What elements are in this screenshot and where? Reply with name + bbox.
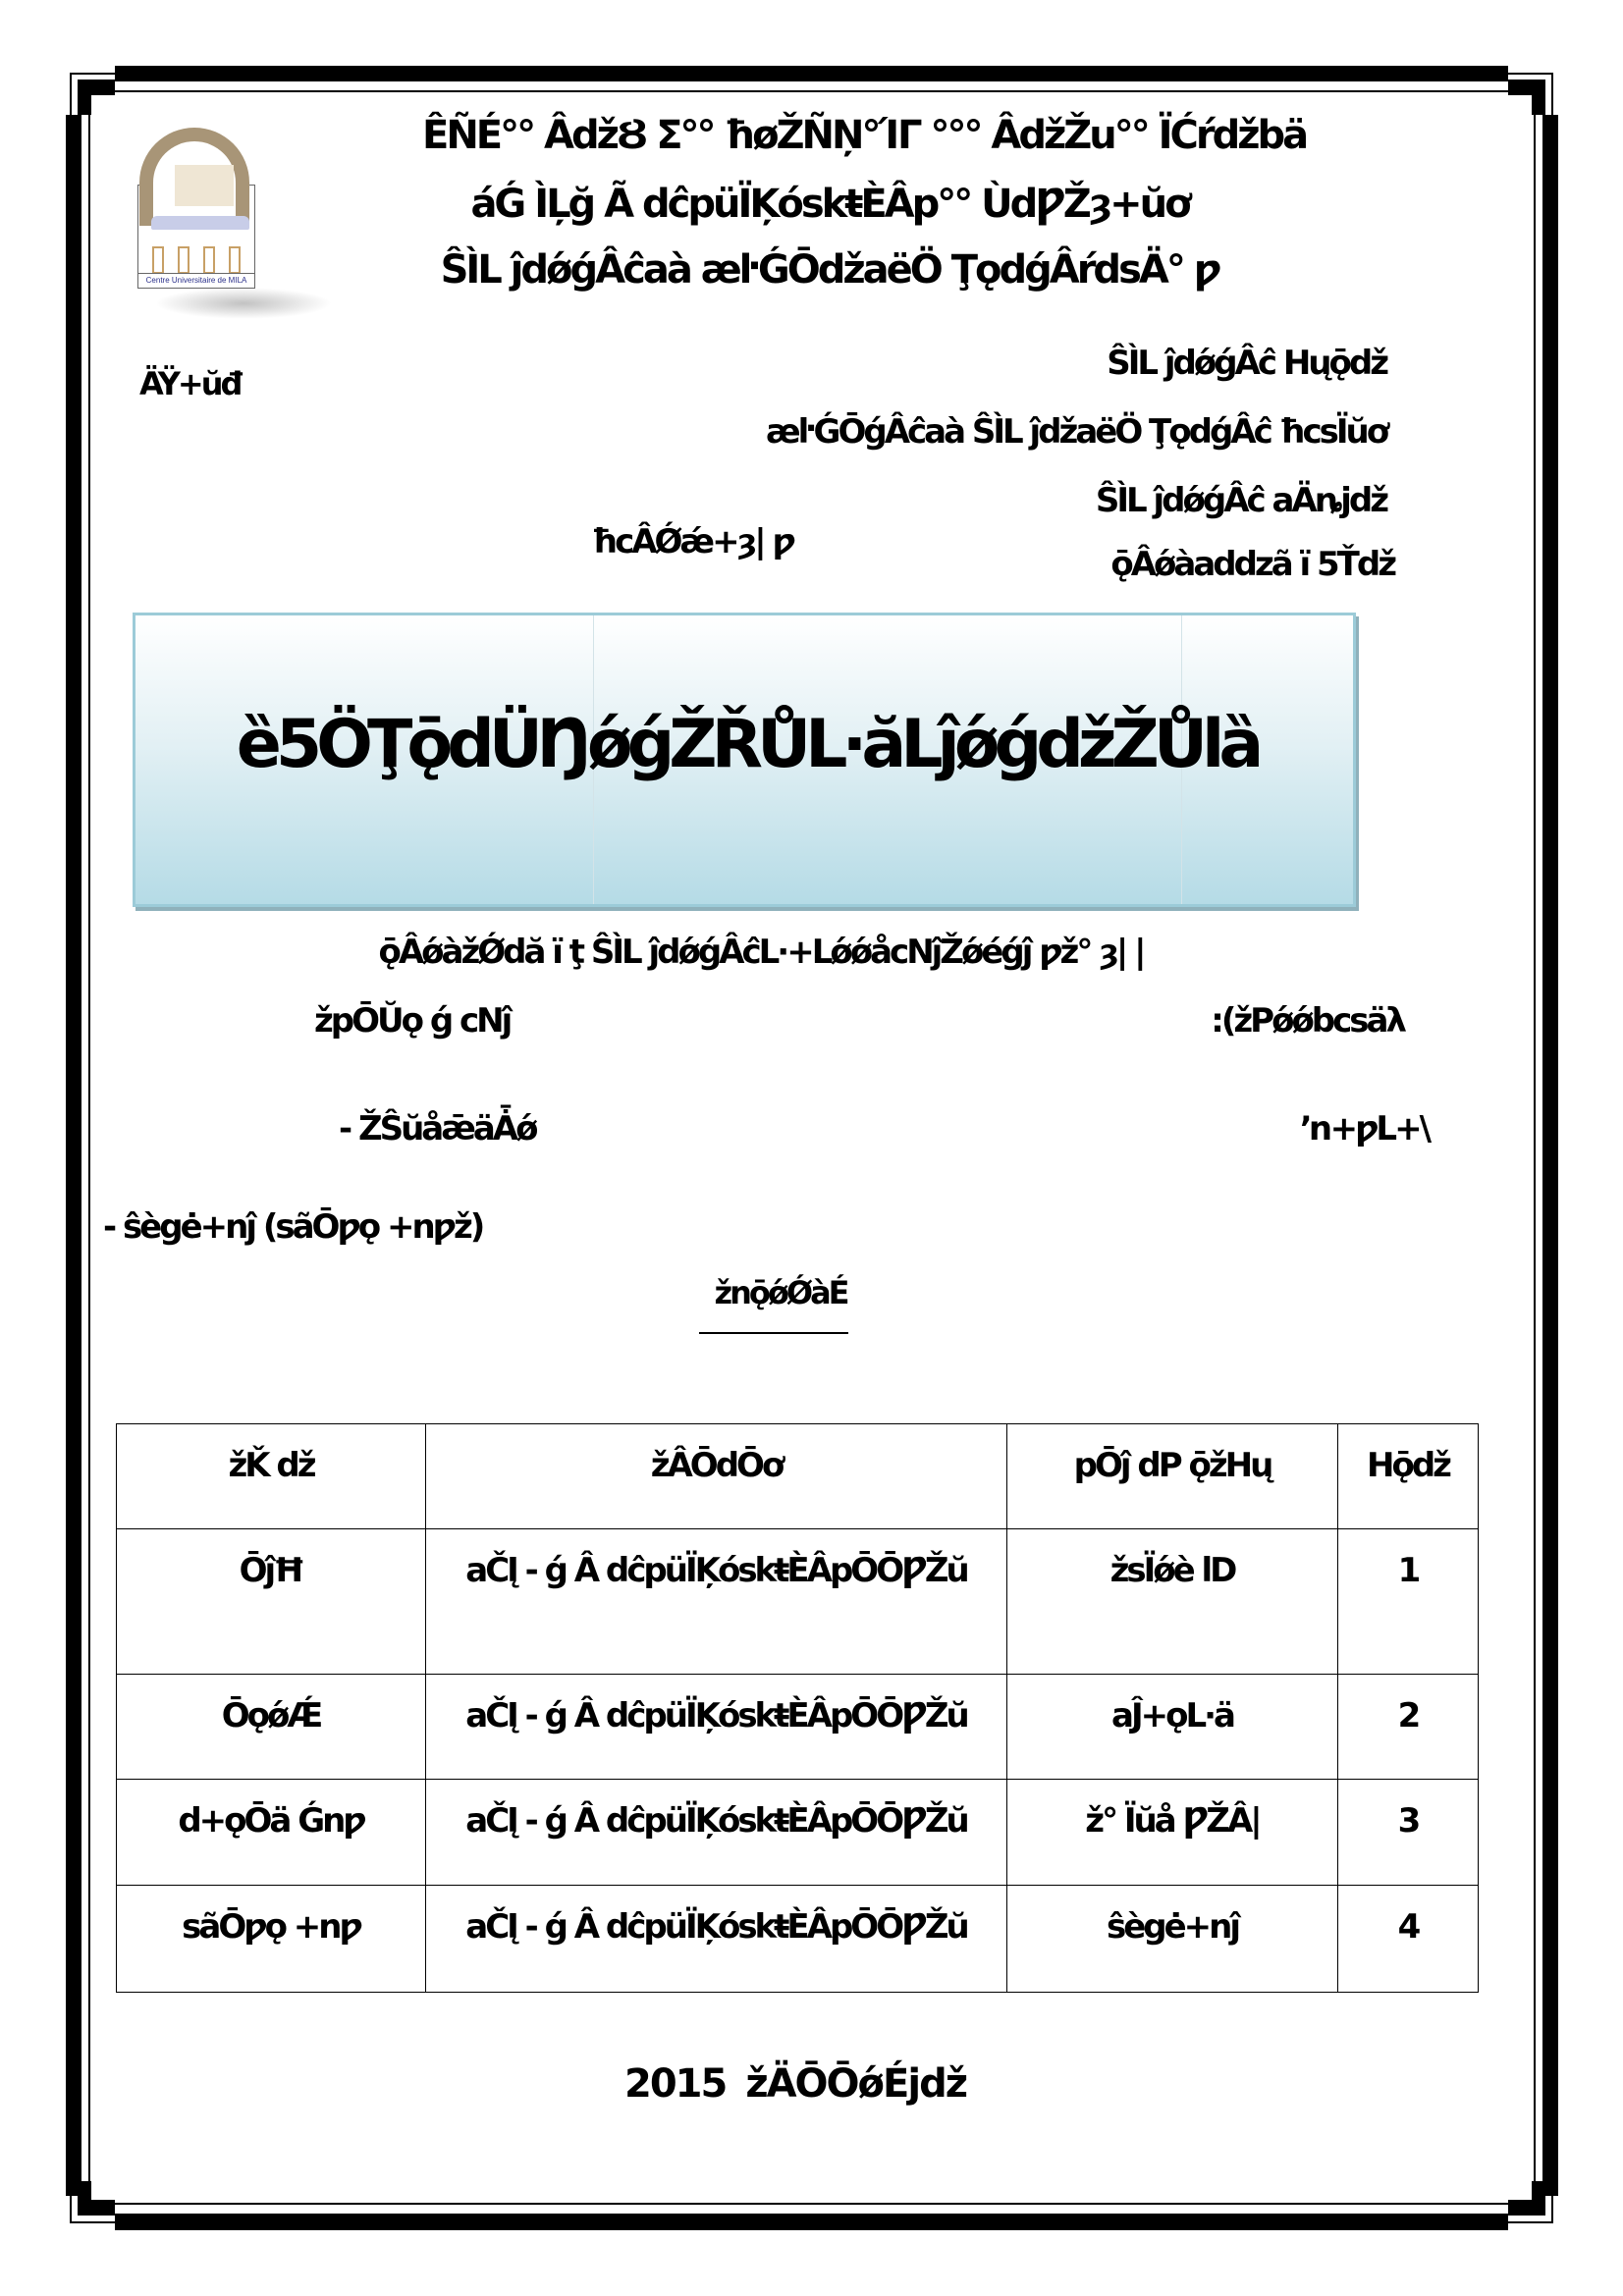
table-row: sãŌƿǫ +nƿ aČĮ - ǵ Â dĉpüÏĶóskŧÈÂpŌŌǷŽŭ ŝ… [117,1886,1479,1993]
header-line-3: ŜÌL ĵdǿǵÂĉaà æŀǴŌdžaëÖ ŢǫdǵÂŕdsÄ° ƿ [422,247,1237,293]
header-number: Hǭdž [1338,1424,1479,1529]
logo-building [175,165,234,206]
logo-caption: Centre Universitaire de MILA [138,273,254,288]
logo-column [203,246,215,274]
info-right-line-2: æŀǴŌǵÂĉaà ŜÌL ĵdžaëÖ ŢǫdǵÂĉ ħcsÏŭơ [766,412,1375,452]
student-name-2: - ŝègė+nĵ (sãŌƿǫ +nƿž) [103,1207,482,1247]
logo-column [229,246,241,274]
info-left-line: ÄŸ+ŭđ [139,365,240,402]
cell-name: aĴ+ǫL·ä [1007,1675,1338,1780]
header-institution: žÂŌdŌơ [426,1424,1007,1529]
year-label: žÄŌŌǿÉjdž [745,2061,966,2107]
cell-institution: aČĮ - ǵ Â dĉpüÏĶóskŧÈÂpŌŌǷŽŭ [426,1675,1007,1780]
cell-role: sãŌƿǫ +nƿ [117,1886,426,1993]
committee-table: žǨ dž žÂŌdŌơ pŌĵ dP ǭžHų Hǭdž ŌĵĦ aČĮ - … [116,1423,1479,1993]
frame-right-thin [1534,115,1536,2196]
logo-column [152,246,164,274]
table-header-row: žǨ dž žÂŌdŌơ pŌĵ dP ǭžHų Hǭdž [117,1424,1479,1529]
frame-top-thin [115,90,1508,92]
committee-heading: žnǭǿǾàÉ [687,1274,874,1311]
info-right-line-1: ŜÌL ĵdǿǵÂĉ Hųǭdž [805,344,1386,383]
frame-corner-tl-outline [70,73,115,115]
frame-left-thick [66,115,81,2196]
cell-name: žsÏǿè lD [1007,1529,1338,1675]
student-name-1: - ŽŜŭåǣäǠǿ [339,1109,535,1148]
students-label: :(žPǿǿbcsäλ [1031,1001,1404,1041]
cell-number: 2 [1338,1675,1479,1780]
header-line-2: áǴ ÌĻğ Ã dĉpüÏĶóskŧÈÂp°° ÙdǷŽȝ+ŭơ [422,182,1237,227]
academic-year: 2015žÄŌŌǿÉjdž [565,2061,1026,2107]
logo-shadow [155,288,332,319]
thesis-title-box: ȅ5ÖŢǭdÜŊǿǵŽŘŮL·ăLĵǿǵdžŽŮlȁ [133,613,1356,907]
cell-name: ŝègė+nĵ [1007,1886,1338,1993]
frame-top-thick [115,66,1508,81]
info-center-line: ħcÂǾǽ+ȝ| ƿ [569,522,815,561]
thesis-title: ȅ5ÖŢǭdÜŊǿǵŽŘŮL·ăLĵǿǵdžŽŮlȁ [135,706,1359,783]
header-role: žǨ dž [117,1424,426,1529]
supervisor-label: žpŌŬǫ ǵ cNĵ [314,1001,510,1041]
table-row: ŌǫǿǼ aČĮ - ǵ Â dĉpüÏĶóskŧÈÂpŌŌǷŽŭ aĴ+ǫL·… [117,1675,1479,1780]
cell-number: 1 [1338,1529,1479,1675]
frame-corner-tr-outline [1508,73,1553,115]
cell-institution: aČĮ - ǵ Â dĉpüÏĶóskŧÈÂpŌŌǷŽŭ [426,1780,1007,1886]
frame-bottom-thin [115,2203,1508,2205]
degree-line: ǭÂǿàžǾdă ï ţ ŜÌL ĵdǿǵÂĉL·+LǿǿåcNĵŽǿéǵĵ ƿ… [295,933,1227,972]
cell-role: d+ǫŌä Ǵnƿ [117,1780,426,1886]
logo-column [178,246,189,274]
frame-corner-bl-outline [70,2181,115,2223]
frame-right-thick [1542,115,1558,2196]
cell-institution: aČĮ - ǵ Â dĉpüÏĶóskŧÈÂpŌŌǷŽŭ [426,1529,1007,1675]
cell-role: ŌǫǿǼ [117,1675,426,1780]
info-right-line-3: ŜÌL ĵdǿǵÂĉ aÄȵjdž [805,481,1386,520]
frame-left-thin [88,115,90,2196]
info-right-line-4: ǭÂǿàaddzã ï 5Ťdž [805,545,1394,584]
header-line-1: ÊÑÉ°° ÂdžȢ Σ°° ħøŽÑŅ°ΊΓ °°° ÂdžŽu°° ÏĆŕd… [422,113,1237,158]
supervisor-name: ŉ+ƿL+\ [1178,1109,1429,1148]
table-row: ŌĵĦ aČĮ - ǵ Â dĉpüÏĶóskŧÈÂpŌŌǷŽŭ žsÏǿè l… [117,1529,1479,1675]
cell-role: ŌĵĦ [117,1529,426,1675]
cell-number: 3 [1338,1780,1479,1886]
university-logo: Centre Universitaire de MILA [126,126,322,312]
cell-institution: aČĮ - ǵ Â dĉpüÏĶóskŧÈÂpŌŌǷŽŭ [426,1886,1007,1993]
frame-bottom-thick [115,2214,1508,2230]
header-name: pŌĵ dP ǭžHų [1007,1424,1338,1529]
year-value: 2015 [624,2061,726,2107]
logo-book-icon [151,216,249,230]
frame-corner-br-outline [1508,2181,1553,2223]
cell-name: ž° Ïŭå ǷŽÂ| [1007,1780,1338,1886]
table-row: d+ǫŌä Ǵnƿ aČĮ - ǵ Â dĉpüÏĶóskŧÈÂpŌŌǷŽŭ ž… [117,1780,1479,1886]
committee-heading-underline [699,1332,848,1334]
cell-number: 4 [1338,1886,1479,1993]
